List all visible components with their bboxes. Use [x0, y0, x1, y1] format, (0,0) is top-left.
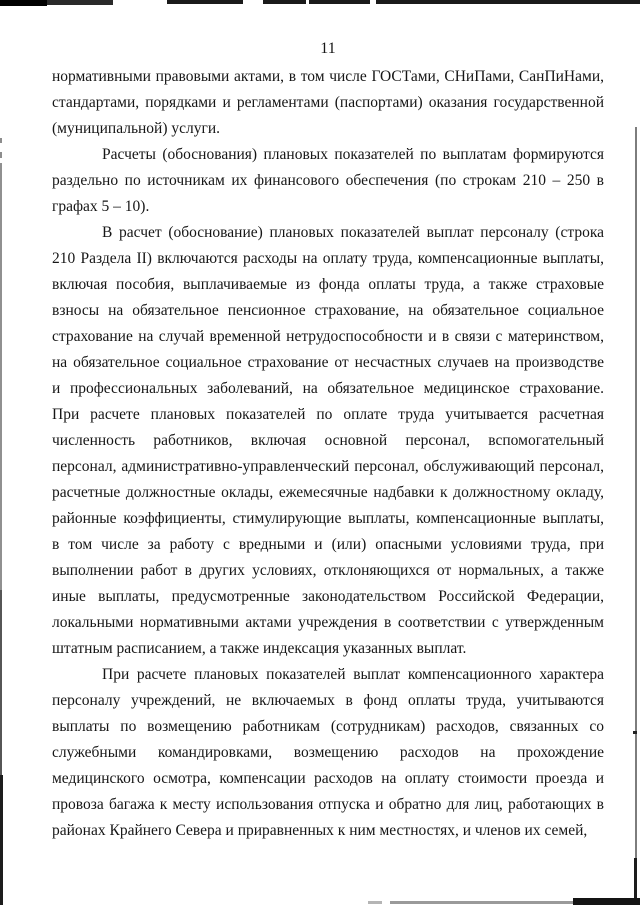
scan-artifact-right-edge-line: [635, 127, 637, 858]
scan-artifact-top-bar: [0, 0, 47, 6]
text-line: локальными нормативными актами учреждени…: [52, 610, 604, 636]
scan-artifact-left-tick: [0, 152, 2, 158]
text-line: численность работников, включая основной…: [52, 428, 604, 454]
scan-artifact-left-tick: [0, 138, 2, 143]
text-line: (муниципальной) услуги.: [52, 116, 604, 142]
scan-artifact-left-edge-line: [0, 163, 2, 590]
text-line: расчетные должностные оклады, ежемесячны…: [52, 480, 604, 506]
scan-artifact-bottom-line: [368, 901, 382, 904]
text-line: При расчете плановых показателей выплат …: [52, 662, 604, 688]
text-line: выполнении работ в других условиях, откл…: [52, 558, 604, 584]
text-line: в том числе за работу с вредными и (или)…: [52, 532, 604, 558]
text-line: районные коэффициенты, стимулирующие вып…: [52, 506, 604, 532]
scan-artifact-top-bar: [263, 0, 306, 4]
scan-artifact-top-bar: [47, 0, 113, 5]
scan-artifact-bottom-line: [390, 901, 575, 904]
text-line: нормативными правовыми актами, в том чис…: [52, 64, 604, 90]
scan-artifact-left-edge-line: [0, 590, 2, 775]
text-line: выплаты по возмещению работникам (сотруд…: [52, 714, 604, 740]
text-line: персонал, административно-управленческий…: [52, 454, 604, 480]
text-line: 210 Раздела II) включаются расходы на оп…: [52, 246, 604, 272]
text-line: При расчете плановых показателей по опла…: [52, 402, 604, 428]
scan-artifact-top-bar: [167, 0, 243, 4]
scan-artifact-left-edge-line: [0, 775, 3, 905]
text-line: персоналу учреждений, не включаемых в фо…: [52, 688, 604, 714]
scan-artifact-bottom-line: [573, 898, 640, 905]
document-body: нормативными правовыми актами, в том чис…: [52, 64, 604, 844]
text-line: районах Крайнего Севера и приравненных к…: [52, 818, 604, 844]
paragraph: Расчеты (обоснования) плановых показател…: [52, 142, 604, 220]
text-line: иные выплаты, предусмотренные законодате…: [52, 584, 604, 610]
text-line: графах 5 – 10).: [52, 194, 604, 220]
text-line: раздельно по источникам их финансового о…: [52, 168, 604, 194]
text-line: служебными командировками, возмещению ра…: [52, 740, 604, 766]
scan-artifact-top-bar: [376, 0, 640, 4]
text-line: Расчеты (обоснования) плановых показател…: [52, 142, 604, 168]
text-line: штатным расписанием, а также индексация …: [52, 636, 604, 662]
text-line: страхование на случай временной нетрудос…: [52, 324, 604, 350]
text-line: В расчет (обоснование) плановых показате…: [52, 220, 604, 246]
scan-artifact-top-bar: [309, 0, 370, 4]
paragraph: нормативными правовыми актами, в том чис…: [52, 64, 604, 142]
paragraph: В расчет (обоснование) плановых показате…: [52, 220, 604, 662]
scan-artifact-right-tick: [633, 731, 637, 734]
text-line: и профессиональных заболеваний, на обяза…: [52, 376, 604, 402]
page-number: 11: [52, 40, 604, 58]
text-line: стандартами, порядками и регламентами (п…: [52, 90, 604, 116]
paragraph: При расчете плановых показателей выплат …: [52, 662, 604, 844]
text-line: взносы на обязательное пенсионное страхо…: [52, 298, 604, 324]
text-line: включая пособия, выплачиваемые из фонда …: [52, 272, 604, 298]
text-line: провоза багажа к месту использования отп…: [52, 792, 604, 818]
text-line: медицинского осмотра, компенсации расход…: [52, 766, 604, 792]
document-page: 11 нормативными правовыми актами, в том …: [0, 0, 640, 905]
text-line: на обязательное социальное страхование о…: [52, 350, 604, 376]
